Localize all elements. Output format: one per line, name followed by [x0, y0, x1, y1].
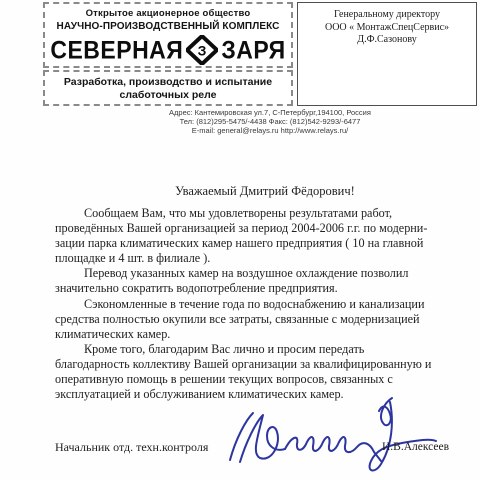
scanned-letter-page: Открытое акционерное общество НАУЧНО-ПРО…: [0, 0, 480, 480]
signer-position: Начальник отд. техн.контроля: [55, 440, 208, 455]
signer-name: И.В.Алексеев: [382, 441, 449, 453]
brand-word-right: ЗАРЯ: [221, 35, 285, 64]
letter-body-line: Сэкономленные в течение года по водоснаб…: [55, 297, 433, 312]
letter-body-line: средства полностью окупили все затраты, …: [55, 312, 433, 327]
contact-address: Адрес: Кантемировская ул.7, С-Петербург,…: [110, 108, 430, 117]
org-type-line: Открытое акционерное общество: [45, 8, 291, 19]
letterhead-company-box: Открытое акционерное общество НАУЧНО-ПРО…: [43, 2, 293, 68]
letter-body: Сообщаем Вам, что мы удовлетворены резул…: [55, 206, 433, 402]
addressee-person: Д.Ф.Сазонову: [298, 34, 476, 47]
letter-body-line: зации парка климатических камер нашего п…: [55, 236, 433, 251]
salutation: Уважаемый Дмитрий Фёдорович!: [105, 184, 425, 199]
letterhead-tagline-box: Разработка, производство и испытание сла…: [43, 70, 293, 106]
org-name-line: НАУЧНО-ПРОИЗВОДСТВЕННЫЙ КОМПЛЕКС: [45, 21, 291, 32]
handwritten-signature: [222, 394, 438, 480]
letter-body-line: оперативную помощь в решении текущих воп…: [55, 372, 433, 387]
addressee-title: Генеральному директору: [298, 9, 476, 22]
letter-body-line: площадке и 4 шт. в филиале ).: [55, 251, 433, 266]
letter-body-line: благодарность коллективу Вашей организац…: [55, 357, 433, 372]
contact-email-web: E-mail: general@relays.ru http://www.rel…: [110, 126, 430, 135]
letter-body-line: Сообщаем Вам, что мы удовлетворены резул…: [55, 206, 433, 221]
letter-body-line: климатических камер.: [55, 327, 433, 342]
brand-word-left: СЕВЕРНАЯ: [50, 35, 183, 64]
letter-body-line: значительно сократить водопотребление пр…: [55, 281, 433, 296]
logo-letter: З: [198, 43, 207, 59]
addressee-box: Генеральному директору ООО « МонтажСпецС…: [297, 2, 477, 106]
letter-body-line: проведённых Вашей организацией за период…: [55, 221, 433, 236]
letter-body-line: Перевод указанных камер на воздушное охл…: [55, 266, 433, 281]
letter-body-line: Кроме того, благодарим Вас лично и проси…: [55, 342, 433, 357]
contact-phone-fax: Тел: (812)295-5475/-4438 Факс: (812)542-…: [110, 117, 430, 126]
contact-block: Адрес: Кантемировская ул.7, С-Петербург,…: [110, 108, 430, 135]
addressee-company: ООО « МонтажСпецСервис»: [298, 22, 476, 35]
brand-row: СЕВЕРНАЯ З ЗАРЯ: [45, 35, 291, 65]
tagline-line-1: Разработка, производство и испытание: [45, 76, 291, 89]
tagline-line-2: слаботочных реле: [45, 89, 291, 102]
severnaya-zarya-logo-icon: З: [186, 35, 218, 65]
